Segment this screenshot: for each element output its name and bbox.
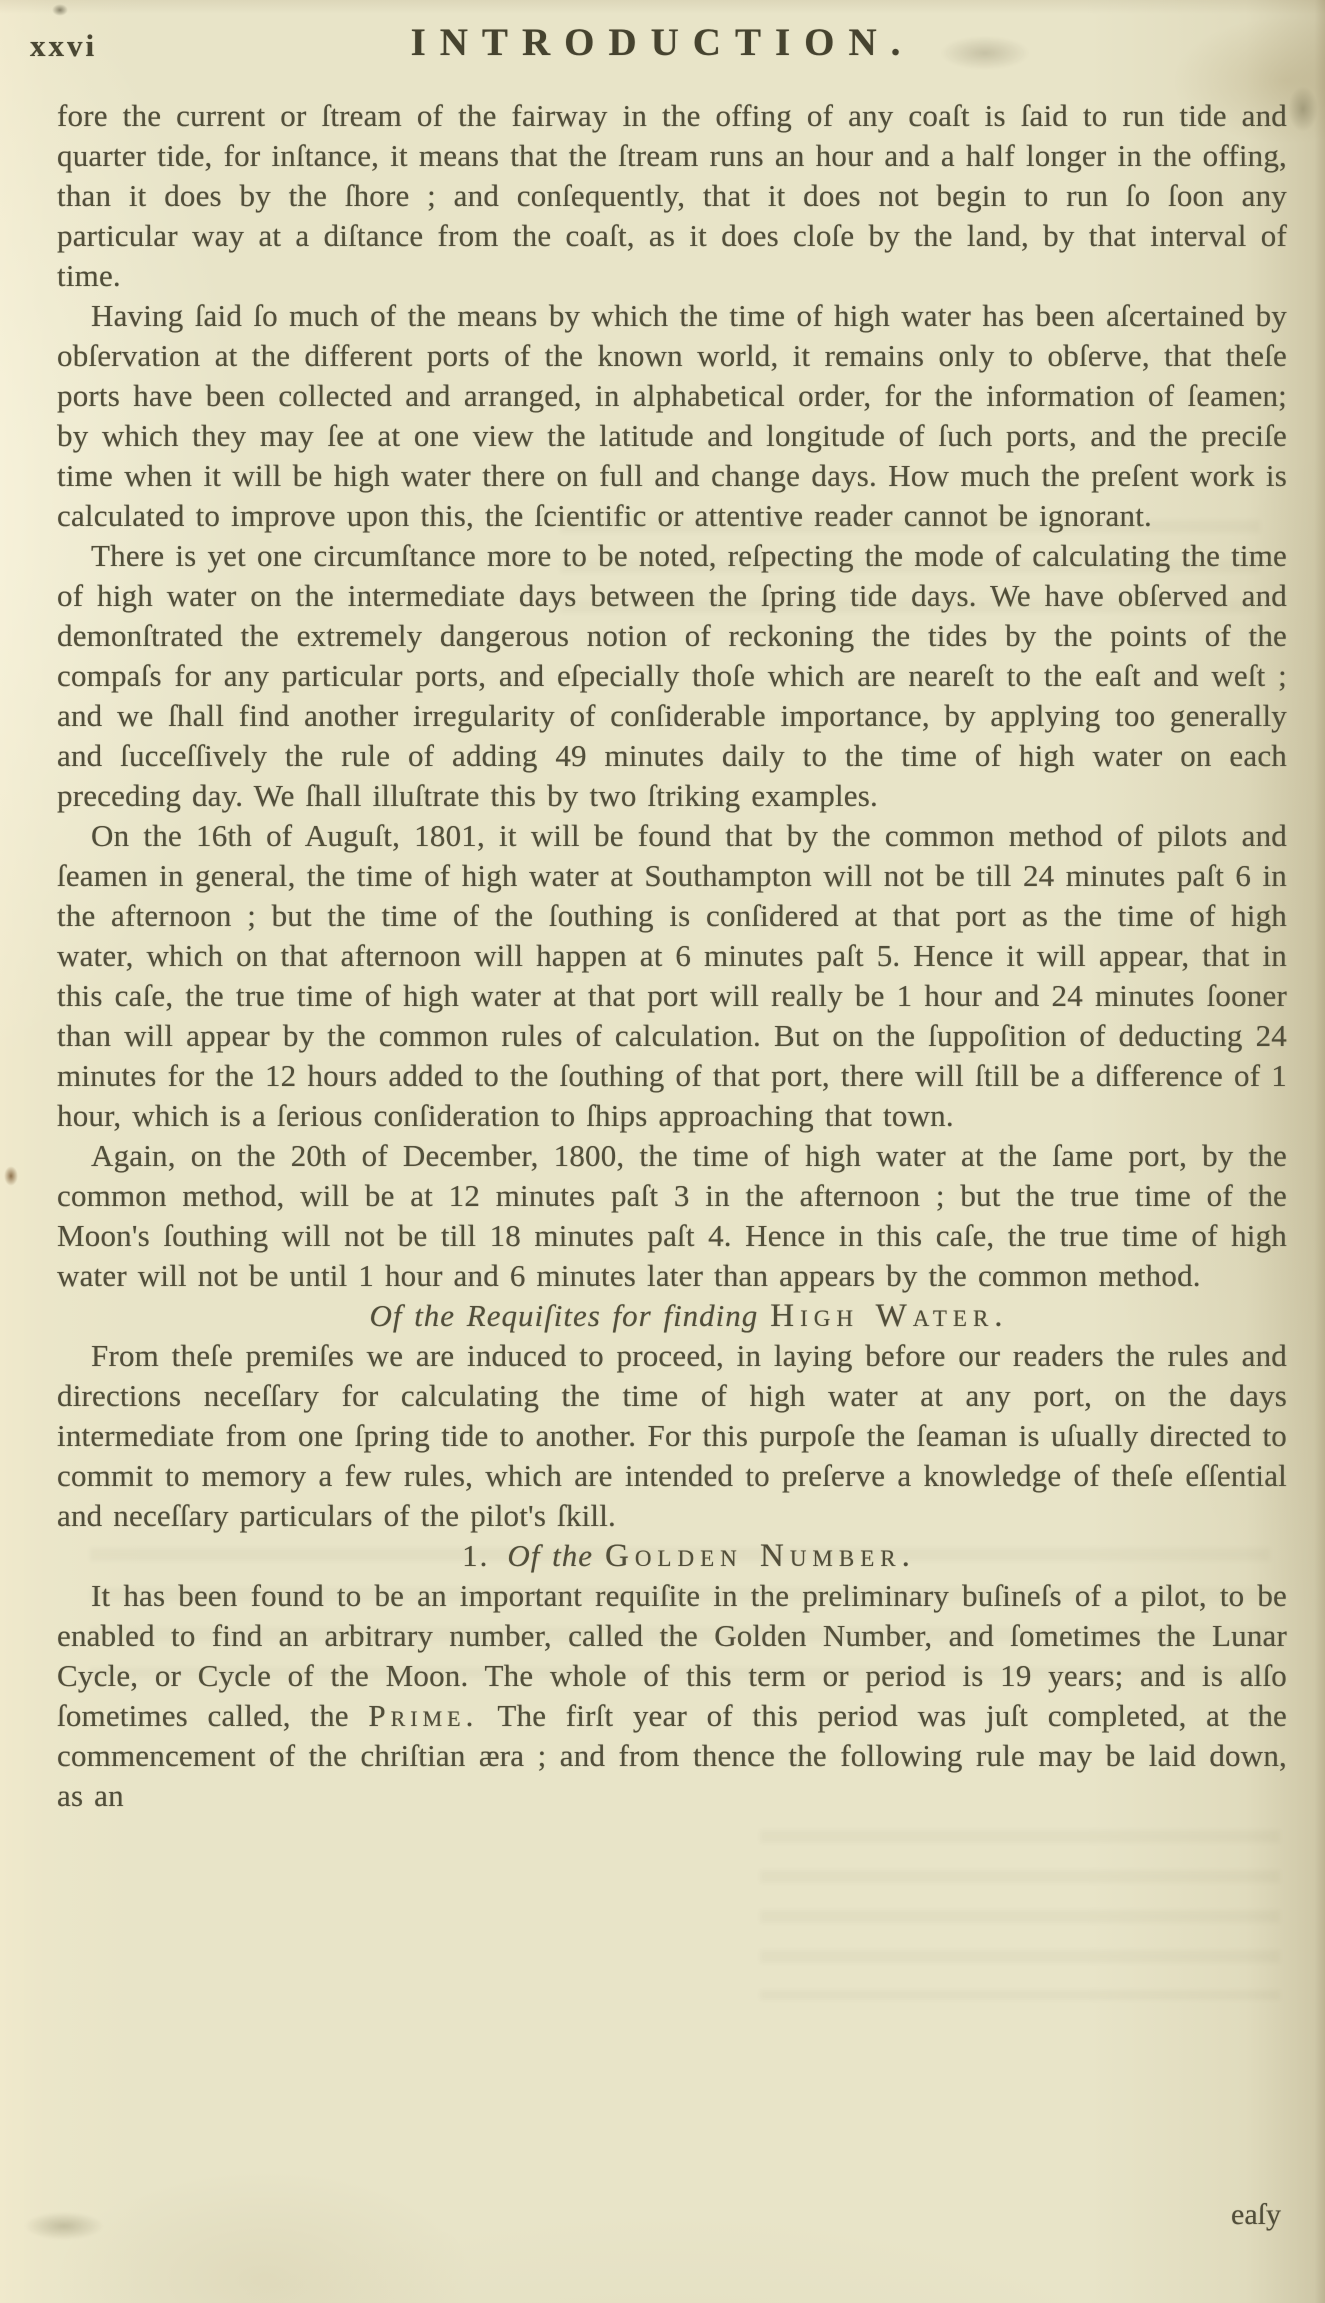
heading-lead-italic: Of the Requiſites for finding [369, 1298, 758, 1333]
prime-small-caps: Prime. [368, 1698, 478, 1733]
book-page: xxvi INTRODUCTION. fore the current or ſ… [0, 0, 1325, 2303]
paragraph-high-water-means: Having ſaid ſo much of the means by whic… [57, 296, 1287, 536]
ink-speck [4, 1166, 18, 1186]
show-through-ghost-text [760, 1830, 1280, 2000]
section-heading-golden-number: 1.Of theGolden Number. [57, 1536, 1287, 1576]
running-title: INTRODUCTION. [0, 20, 1325, 65]
paragraph-golden-number: It has been found to be an important req… [57, 1576, 1287, 1816]
paragraph-august-example: On the 16th of Auguſt, 1801, it will be … [57, 816, 1287, 1136]
paragraph-december-example: Again, on the 20th of December, 1800, th… [57, 1136, 1287, 1296]
paragraph-fairway: fore the current or ſtream of the fairwa… [57, 96, 1287, 296]
paragraph-premises: From theſe premiſes we are induced to pr… [57, 1336, 1287, 1536]
heading-lead-italic: Of the [507, 1538, 593, 1573]
paragraph-circumstance: There is yet one circumſtance more to be… [57, 536, 1287, 816]
section-heading-requisites: Of the Requiſites for findingHigh Water. [57, 1296, 1287, 1336]
heading-small-caps: Golden Number. [605, 1538, 916, 1574]
ink-smudge [24, 2212, 104, 2240]
heading-number: 1. [462, 1538, 489, 1573]
heading-small-caps: High Water. [770, 1298, 1008, 1334]
text-block: fore the current or ſtream of the fairwa… [57, 96, 1287, 1816]
ink-blot [1288, 86, 1318, 132]
catchword: eaſy [1231, 2198, 1281, 2232]
ink-speck [52, 4, 68, 16]
